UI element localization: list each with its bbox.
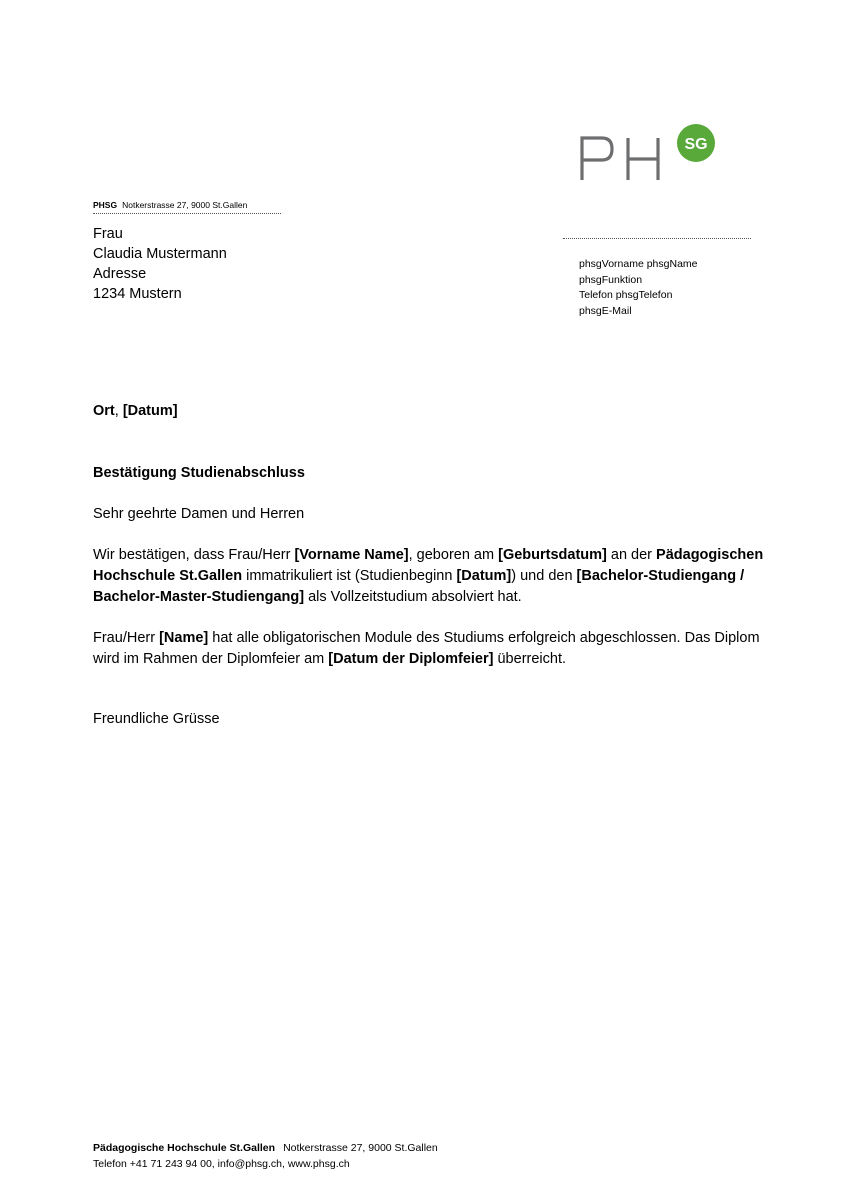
footer-org: Pädagogische Hochschule St.Gallen [93,1142,275,1154]
placeholder-field: [Vorname Name] [294,547,408,563]
footer: Pädagogische Hochschule St.GallenNotkers… [93,1140,438,1172]
placeholder-field: [Datum] [456,568,511,584]
salutation: Sehr geehrte Damen und Herren [93,506,304,522]
placeholder-field: [Name] [159,630,208,646]
paragraph-1: Wir bestätigen, dass Frau/Herr [Vorname … [93,545,773,608]
contact-email: phsgE-Mail [579,304,698,320]
sender-address: Notkerstrasse 27, 9000 St.Gallen [122,200,247,210]
footer-contact: Telefon +41 71 243 94 00, info@phsg.ch, … [93,1156,438,1172]
placeholder-field: [Geburtsdatum] [498,547,607,563]
contact-function: phsgFunktion [579,273,698,289]
closing: Freundliche Grüsse [93,711,220,727]
svg-text:SG: SG [684,136,707,153]
recipient-address: Frau Claudia Mustermann Adresse 1234 Mus… [93,224,227,304]
subject: Bestätigung Studienabschluss [93,465,305,481]
contact-phone: Telefon phsgTelefon [579,288,698,304]
sender-line: PHSGNotkerstrasse 27, 9000 St.Gallen [93,200,281,214]
place-date: Ort, [Datum] [93,403,178,419]
contact-divider [563,238,751,239]
date: [Datum] [123,403,178,419]
place: Ort [93,403,115,419]
footer-address: Notkerstrasse 27, 9000 St.Gallen [283,1142,438,1154]
paragraph-2: Frau/Herr [Name] hat alle obligatorische… [93,628,773,670]
sender-org: PHSG [93,200,117,210]
contact-block: phsgVorname phsgName phsgFunktion Telefo… [579,257,698,320]
contact-name: phsgVorname phsgName [579,257,698,273]
placeholder-field: [Datum der Diplomfeier] [328,651,493,667]
recipient-name: Claudia Mustermann [93,244,227,264]
phsg-logo: SG [578,122,718,184]
recipient-salutation: Frau [93,224,227,244]
recipient-street: Adresse [93,264,227,284]
recipient-city: 1234 Mustern [93,284,227,304]
